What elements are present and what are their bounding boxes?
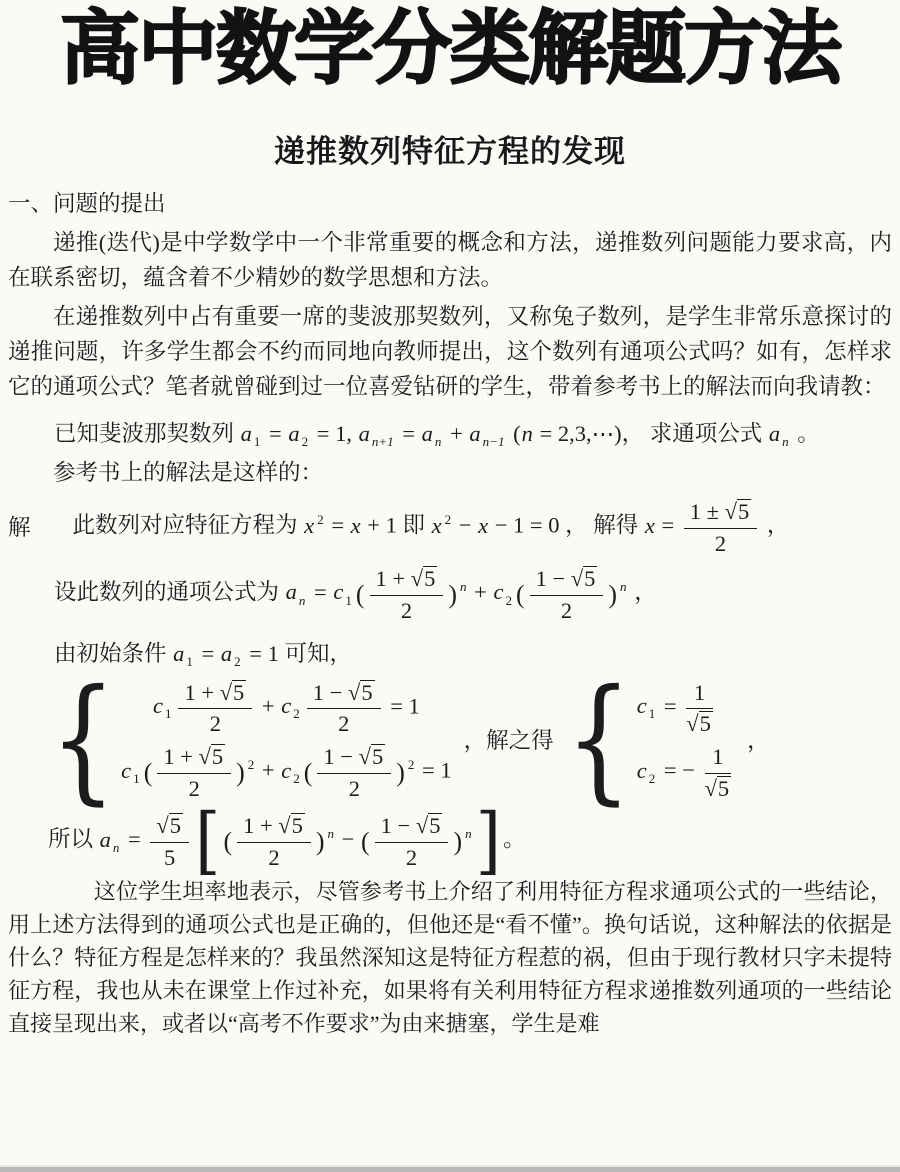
paragraph-reference-solution: 参考书上的解法是这样的： bbox=[8, 455, 892, 490]
system-solution-c1: c1 = 1√5 bbox=[636, 679, 717, 738]
paragraph-student-remark: 这位学生坦率地表示，尽管参考书上介绍了利用特征方程求通项公式的一些结论，用上述方… bbox=[8, 875, 892, 1040]
solve-connector-text: ，解之得 bbox=[464, 723, 554, 758]
equation-system-left-rows: c11 + √52 + c21 − √52 = 1 c1(1 + √52)2 +… bbox=[120, 679, 451, 803]
formula-general-term: 设此数列的通项公式为 an = c1(1 + √52)n + c2(1 − √5… bbox=[54, 565, 892, 624]
section-heading: 一、问题的提出 bbox=[8, 186, 892, 221]
paragraph-intro: 递推(迭代)是中学数学中一个非常重要的概念和方法，递推数列问题能力要求高，内在联… bbox=[8, 225, 892, 295]
solution-line: 解 此数列对应特征方程为 x2 = x + 1 即 x2 − x − 1 = 0… bbox=[8, 498, 892, 557]
right-system-brace-glyph: { bbox=[566, 679, 632, 801]
document-page: 高中数学分类解题方法 递推数列特征方程的发现 一、问题的提出 递推(迭代)是中学… bbox=[0, 0, 900, 1172]
system-equation-2: c1(1 + √52)2 + c2(1 − √52)2 = 1 bbox=[120, 743, 451, 802]
scan-bottom-edge bbox=[0, 1165, 900, 1172]
trailing-comma: ， bbox=[747, 723, 770, 758]
solution-label: 解 bbox=[8, 510, 31, 545]
paragraph-fibonacci: 在递推数列中占有重要一席的斐波那契数列，又称兔子数列，是学生非常乐意探讨的递推问… bbox=[8, 299, 892, 404]
formula-given-sequence: 已知斐波那契数列 a1 = a2 = 1, an+1 = an + an−1 (… bbox=[54, 416, 892, 451]
equation-system-right: { c1 = 1√5 c2 = − 1√5 bbox=[566, 679, 736, 803]
equation-system-right-rows: c1 = 1√5 c2 = − 1√5 bbox=[636, 679, 735, 803]
system-equation-1: c11 + √52 + c21 − √52 = 1 bbox=[152, 679, 420, 738]
left-brace-glyph: { bbox=[50, 679, 116, 801]
equation-system-left: { c11 + √52 + c21 − √52 = 1 c1(1 + √52)2… bbox=[50, 679, 452, 803]
formula-conclusion: 所以 an = √55[(1 + √52)n − (1 − √52)n]。 bbox=[48, 812, 892, 871]
formula-initial-conditions: 由初始条件 a1 = a2 = 1 可知， bbox=[54, 636, 892, 671]
equation-system-row: { c11 + √52 + c21 − √52 = 1 c1(1 + √52)2… bbox=[50, 679, 892, 803]
system-solution-c2: c2 = − 1√5 bbox=[636, 743, 735, 802]
formula-characteristic-equation: 此数列对应特征方程为 x2 = x + 1 即 x2 − x − 1 = 0 ，… bbox=[73, 498, 790, 557]
article-subtitle: 递推数列特征方程的发现 bbox=[8, 132, 892, 172]
page-title: 高中数学分类解题方法 bbox=[8, 0, 892, 96]
